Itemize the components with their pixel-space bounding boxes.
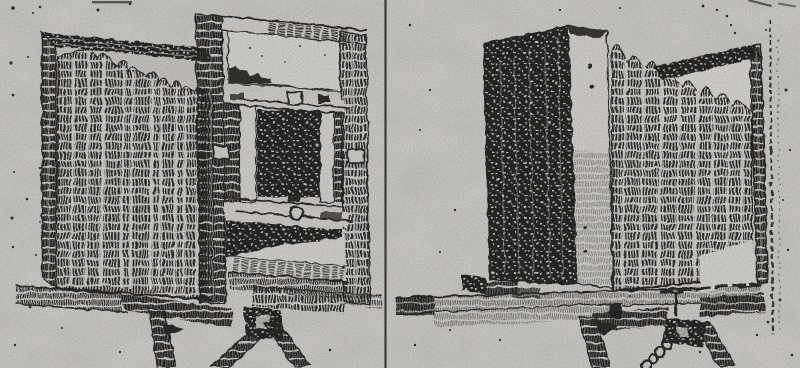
engraving-canvas — [0, 0, 800, 368]
scanned-print-page — [0, 0, 800, 368]
paper-grain-texture — [0, 0, 800, 368]
